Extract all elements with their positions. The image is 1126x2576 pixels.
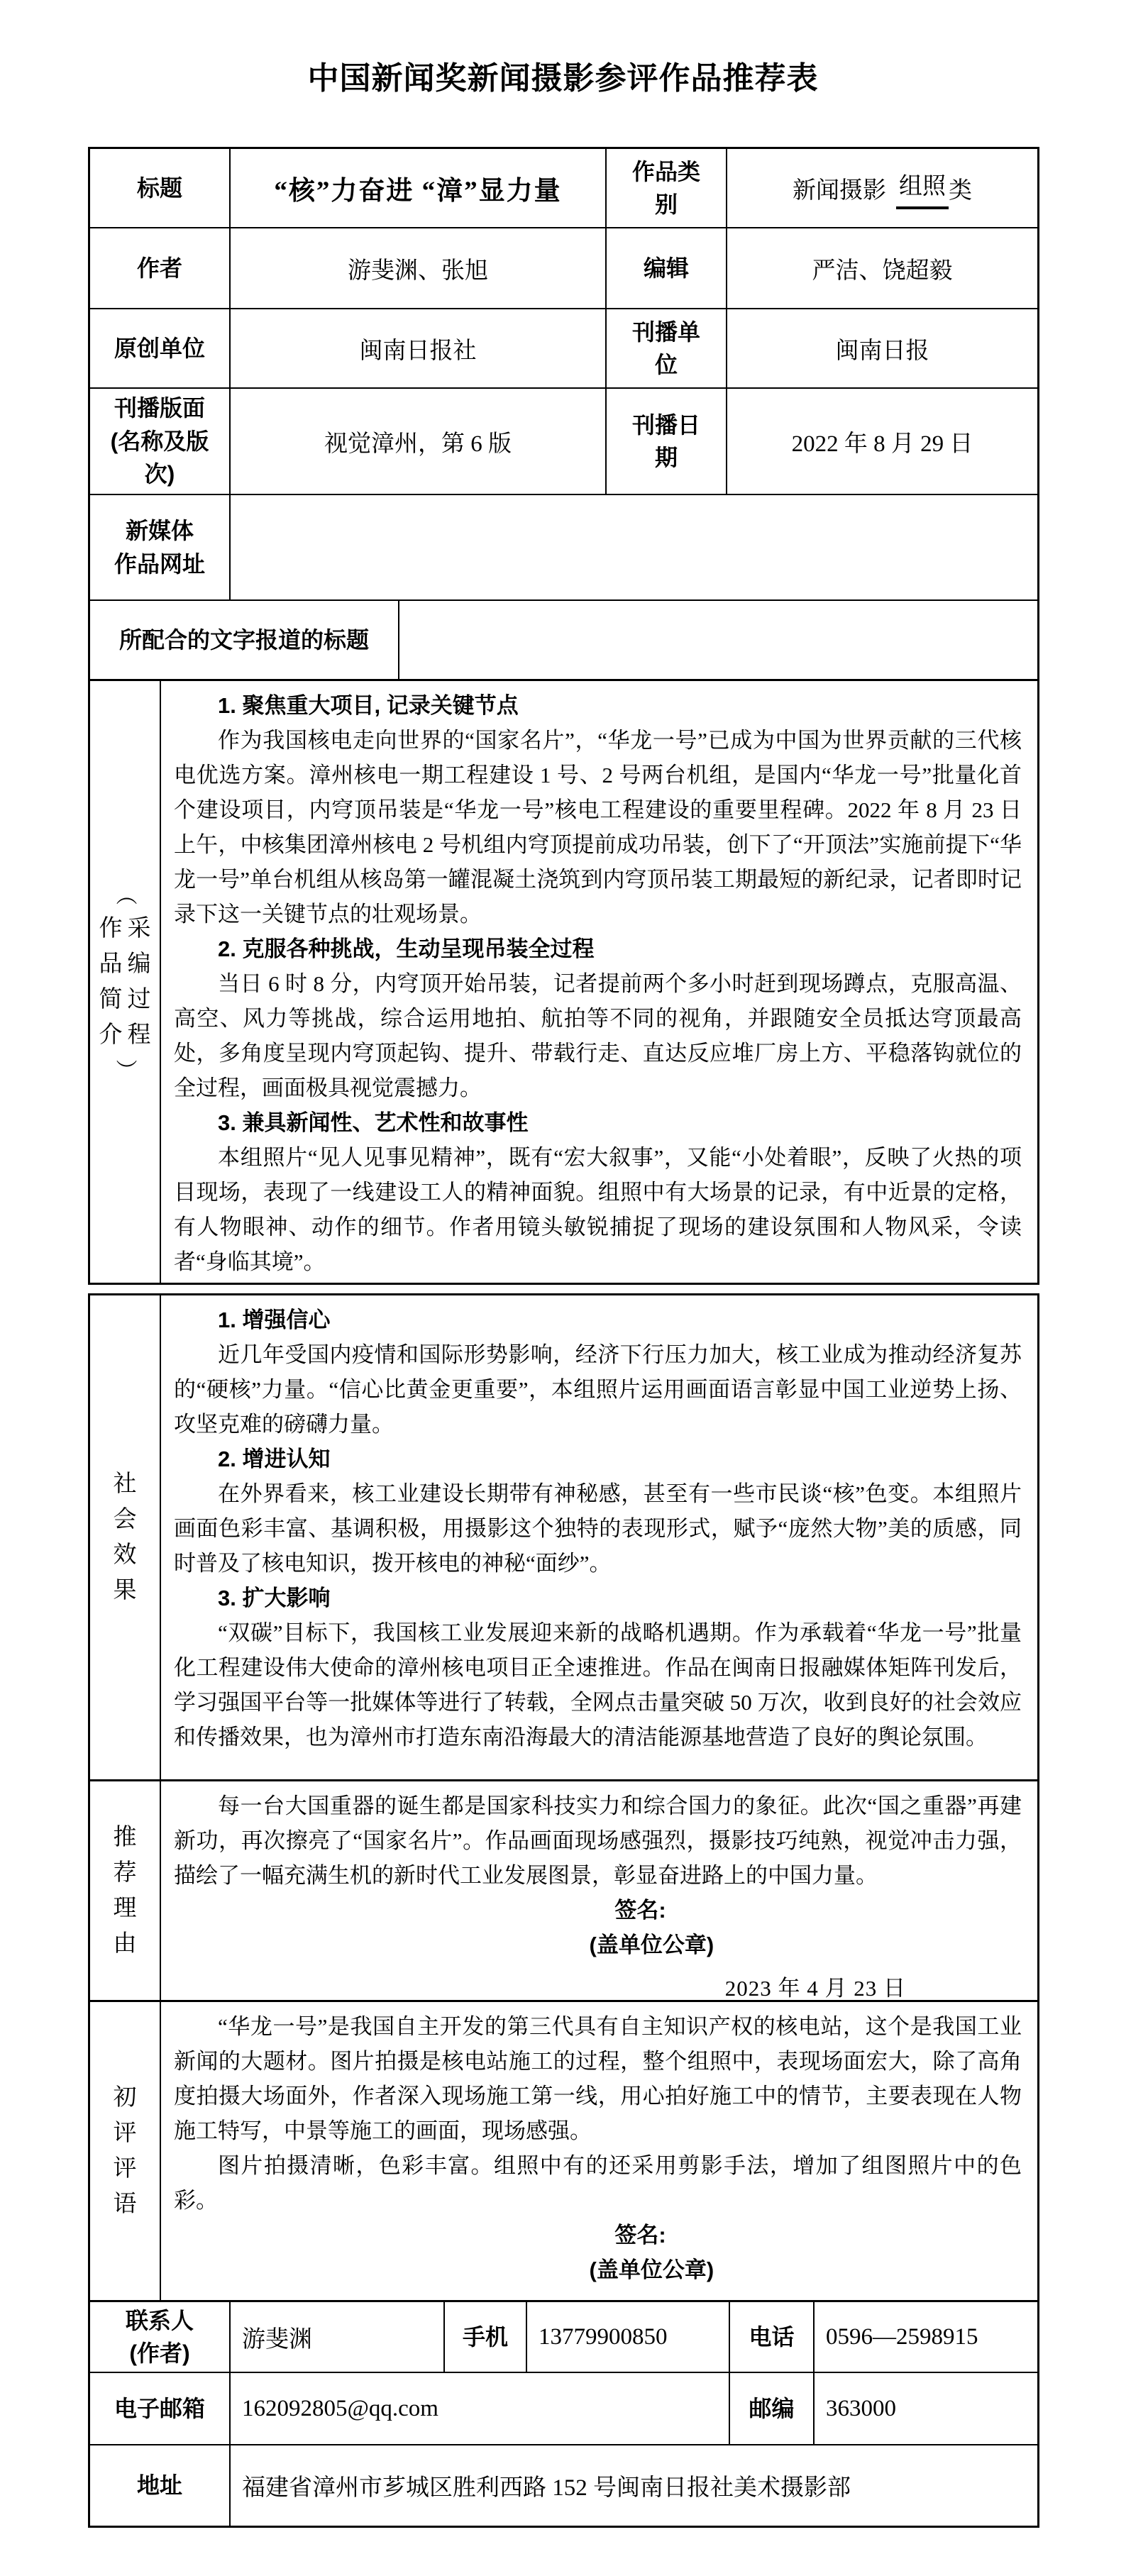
page-title: 中国新闻奖新闻摄影参评作品推荐表	[0, 52, 1126, 98]
recommend-reason-label: 推 荐 理 由	[90, 1781, 160, 2000]
info-table: 标题 “核”力奋进 “漳”显力量 作品类 别 新闻摄影组照类 作者 游斐渊、张旭…	[88, 147, 1039, 1285]
layout-label: 刊播版面 (名称及版 次)	[90, 389, 229, 494]
contact-person-label: 联系人 (作者)	[90, 2302, 229, 2372]
category-value-prefix: 新闻摄影	[793, 172, 886, 205]
intro-heading-1: 1. 聚焦重大项目, 记录关键节点	[174, 688, 1022, 723]
intro-section-row: （ 作采 品编 简过 介程 ） 1. 聚焦重大项目, 记录关键节点 作为我国核电…	[90, 679, 1037, 1283]
recommend-label-char: 推	[114, 1826, 137, 1850]
social-paragraph-1: 近几年受国内疫情和国际形势影响，经济下行压力加大，核工业成为推动经济复苏的“硬核…	[174, 1337, 1022, 1442]
table-row: 新媒体 作品网址	[90, 494, 1037, 599]
contact-row: 联系人 (作者) 游斐渊 手机 13779900850 电话 0596—2598…	[90, 2300, 1037, 2372]
review-comment-content: “华龙一号”是我国自主开发的第三代具有自主知识产权的核电站，这个是我国工业新闻的…	[160, 2002, 1037, 2300]
intro-label-line: 简过	[94, 988, 156, 1012]
origin-unit-value: 闽南日报社	[229, 309, 605, 387]
email-label: 电子邮箱	[90, 2373, 229, 2444]
intro-paragraph-3: 本组照片“见人见事见精神”，既有“宏大叙事”，又能“小处着眼”，反映了火热的项目…	[174, 1140, 1022, 1279]
contact-person-value: 游斐渊	[229, 2302, 443, 2372]
publish-unit-value: 闽南日报	[726, 309, 1037, 387]
recommend-paragraph: 每一台大国重器的诞生都是国家科技实力和综合国力的象征。此次“国之重器”再建新功，…	[174, 1789, 1022, 1893]
intro-paragraph-1: 作为我国核电走向世界的“国家名片”，“华龙一号”已成为中国为世界贡献的三代核电优…	[174, 723, 1022, 932]
review-paragraph-1: “华龙一号”是我国自主开发的第三代具有自主知识产权的核电站，这个是我国工业新闻的…	[174, 2009, 1022, 2148]
intro-heading-2: 2. 克服各种挑战，生动呈现吊装全过程	[174, 932, 1022, 966]
intro-label-line: 介程	[94, 1024, 156, 1047]
social-label-char: 果	[114, 1579, 137, 1603]
table-row: 所配合的文字报道的标题	[90, 599, 1037, 679]
social-paragraph-3: “双碳”目标下，我国核工业发展迎来新的战略机遇期。作为承载着“华龙一号”批量化工…	[174, 1615, 1022, 1754]
review-label-char: 评	[114, 2122, 137, 2145]
recommendation-form-page: 中国新闻奖新闻摄影参评作品推荐表 标题 “核”力奋进 “漳”显力量 作品类 别 …	[0, 0, 1126, 2576]
social-heading-3: 3. 扩大影响	[174, 1581, 1022, 1615]
author-label: 作者	[90, 228, 229, 308]
social-label-char: 社	[114, 1473, 137, 1496]
table-row: 作者 游斐渊、张旭 编辑 严洁、饶超毅	[90, 227, 1037, 308]
recommend-sign-label: 签名:	[614, 1893, 1022, 1928]
recommend-label-char: 荐	[114, 1862, 137, 1885]
layout-value: 视觉漳州，第 6 版	[229, 389, 605, 494]
label-close-paren: ）	[114, 1059, 136, 1080]
social-heading-2: 2. 增进认知	[174, 1442, 1022, 1476]
review-sign-label: 签名:	[614, 2218, 1022, 2252]
title-label: 标题	[90, 149, 229, 227]
table-row: 标题 “核”力奋进 “漳”显力量 作品类 别 新闻摄影组照类	[90, 149, 1037, 227]
intro-label-line: 作采	[94, 917, 156, 941]
social-effect-content: 1. 增强信心 近几年受国内疫情和国际形势影响，经济下行压力加大，核工业成为推动…	[160, 1295, 1037, 1779]
intro-heading-3: 3. 兼具新闻性、艺术性和故事性	[174, 1105, 1022, 1140]
publish-date-label: 刊播日 期	[605, 389, 726, 494]
email-value: 162092805@qq.com	[229, 2373, 729, 2444]
intro-label-line: 品编	[94, 953, 156, 976]
zip-value: 363000	[813, 2373, 1037, 2444]
origin-unit-label: 原创单位	[90, 309, 229, 387]
label-open-paren: （	[114, 884, 136, 905]
recommend-reason-content: 每一台大国重器的诞生都是国家科技实力和综合国力的象征。此次“国之重器”再建新功，…	[160, 1781, 1037, 2000]
recommend-reason-row: 推 荐 理 由 每一台大国重器的诞生都是国家科技实力和综合国力的象征。此次“国之…	[90, 1779, 1037, 2000]
publish-date-value: 2022 年 8 月 29 日	[726, 389, 1037, 494]
publish-unit-label: 刊播单 位	[605, 309, 726, 387]
phone-value: 0596—2598915	[813, 2302, 1037, 2372]
recommend-seal-note: (盖单位公章)	[590, 1928, 1022, 1962]
social-paragraph-2: 在外界看来，核工业建设长期带有神秘感，甚至有一些市民谈“核”色变。本组照片画面色…	[174, 1476, 1022, 1581]
intro-section-content: 1. 聚焦重大项目, 记录关键节点 作为我国核电走向世界的“国家名片”，“华龙一…	[160, 681, 1037, 1283]
category-value: 新闻摄影组照类	[726, 149, 1037, 227]
social-label-char: 效	[114, 1544, 137, 1567]
recommend-label-char: 理	[114, 1897, 137, 1920]
review-seal-note: (盖单位公章)	[590, 2252, 1022, 2287]
newmedia-url-value	[229, 495, 1037, 599]
zip-label: 邮编	[729, 2373, 813, 2444]
phone-label: 电话	[729, 2302, 813, 2372]
recommend-label-char: 由	[114, 1933, 137, 1956]
address-label: 地址	[90, 2445, 229, 2526]
intro-section-label: （ 作采 品编 简过 介程 ）	[90, 681, 160, 1283]
social-effect-row: 社 会 效 果 1. 增强信心 近几年受国内疫情和国际形势影响，经济下行压力加大…	[90, 1295, 1037, 1779]
social-label-char: 会	[114, 1508, 137, 1532]
social-effect-label: 社 会 效 果	[90, 1295, 160, 1779]
email-row: 电子邮箱 162092805@qq.com 邮编 363000	[90, 2372, 1037, 2444]
review-paragraph-2: 图片拍摄清晰，色彩丰富。组照中有的还采用剪影手法，增加了组图照片中的色彩。	[174, 2148, 1022, 2218]
editor-value: 严洁、饶超毅	[726, 228, 1037, 308]
text-report-title-label: 所配合的文字报道的标题	[90, 601, 398, 679]
mobile-label: 手机	[443, 2302, 526, 2372]
title-value: “核”力奋进 “漳”显力量	[229, 149, 605, 227]
review-comment-label: 初 评 评 语	[90, 2002, 160, 2300]
editor-label: 编辑	[605, 228, 726, 308]
category-value-underlined: 组照	[896, 167, 949, 209]
review-label-char: 语	[114, 2193, 137, 2216]
intro-paragraph-2: 当日 6 时 8 分，内穹顶开始吊装，记者提前两个多小时赶到现场蹲点，克服高温、…	[174, 966, 1022, 1105]
address-value: 福建省漳州市芗城区胜利西路 152 号闽南日报社美术摄影部	[229, 2445, 1037, 2526]
address-row: 地址 福建省漳州市芗城区胜利西路 152 号闽南日报社美术摄影部	[90, 2444, 1037, 2526]
table-row: 原创单位 闽南日报社 刊播单 位 闽南日报	[90, 308, 1037, 387]
social-heading-1: 1. 增强信心	[174, 1303, 1022, 1337]
table-row: 刊播版面 (名称及版 次) 视觉漳州，第 6 版 刊播日 期 2022 年 8 …	[90, 387, 1037, 494]
review-label-char: 初	[114, 2086, 137, 2110]
author-value: 游斐渊、张旭	[229, 228, 605, 308]
mobile-value: 13779900850	[526, 2302, 729, 2372]
recommend-date: 2023 年 4 月 23 日	[725, 1971, 1022, 2000]
review-label-char: 评	[114, 2157, 137, 2181]
review-comment-row: 初 评 评 语 “华龙一号”是我国自主开发的第三代具有自主知识产权的核电站，这个…	[90, 2000, 1037, 2300]
category-value-suffix: 类	[949, 172, 972, 205]
newmedia-url-label: 新媒体 作品网址	[90, 495, 229, 599]
evaluation-table: 社 会 效 果 1. 增强信心 近几年受国内疫情和国际形势影响，经济下行压力加大…	[88, 1293, 1039, 2528]
category-label: 作品类 别	[605, 149, 726, 227]
text-report-title-value	[398, 601, 1037, 679]
